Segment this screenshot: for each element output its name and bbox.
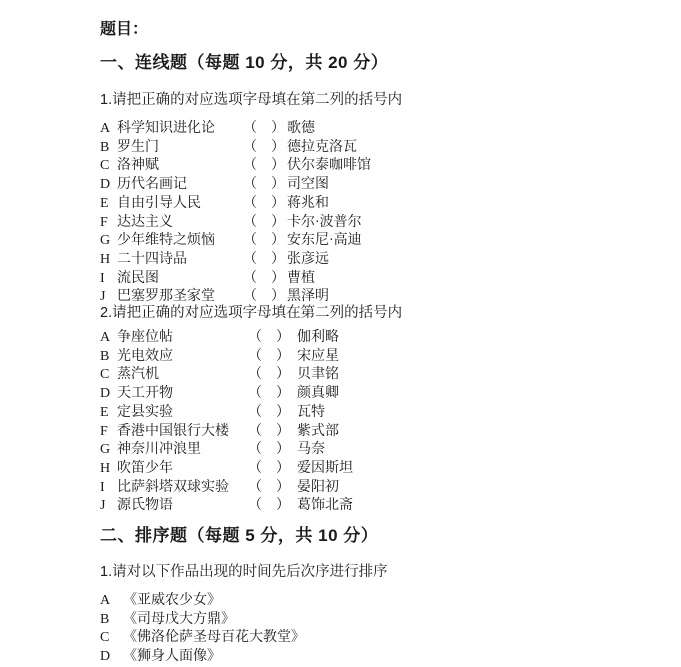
option-letter: I (100, 270, 117, 289)
match-row: D天工开物（ ）颜真卿 (100, 385, 353, 404)
match-item-label: 巴塞罗那圣家堂 (117, 289, 215, 304)
answer-name-label: 宋应星 (297, 349, 339, 364)
option-letter: B (100, 611, 123, 630)
match-item: D天工开物 (100, 385, 248, 404)
work-title-label: 《司母戊大方鼎》 (123, 612, 235, 627)
answer-name-label: 卡尔·波普尔 (287, 215, 362, 230)
answer-bracket: （ ） (243, 270, 285, 289)
match-row: E定县实验（ ）瓦特 (100, 404, 353, 423)
option-letter: D (100, 385, 117, 404)
answer-bracket: （ ） (248, 497, 290, 516)
match-item: G神奈川冲浪里 (100, 441, 248, 460)
match-row: G少年维特之烦恼（ ）安东尼·高迪 (100, 232, 371, 251)
match-item-label: 科学知识进化论 (117, 121, 215, 136)
answer-name-label: 颜真卿 (297, 386, 339, 401)
match-item-label: 比萨斜塔双球实验 (117, 480, 229, 495)
work-title-label: 《狮身人面像》 (123, 649, 221, 664)
ordering-q1-list: A《亚威农少女》 B《司母戊大方鼎》 C《佛洛伦萨圣母百花大教堂》 D《狮身人面… (100, 592, 305, 667)
answer-bracket: （ ） (248, 441, 290, 460)
answer-name-label: 马奈 (297, 442, 325, 457)
match-item: C蒸汽机 (100, 366, 248, 385)
answer-bracket: （ ） (248, 329, 290, 348)
match-item: B光电效应 (100, 348, 248, 367)
answer-bracket: （ ） (248, 479, 290, 498)
ordering-option: C《佛洛伦萨圣母百花大教堂》 (100, 629, 305, 648)
answer-bracket: （ ） (243, 195, 285, 214)
match-item-label: 神奈川冲浪里 (117, 442, 201, 457)
answer-bracket: （ ） (243, 176, 285, 195)
option-letter: E (100, 404, 117, 423)
match-row: D历代名画记（ ）司空图 (100, 176, 371, 195)
match-item-label: 蒸汽机 (117, 367, 159, 382)
match-row: E自由引导人民（ ）蒋兆和 (100, 195, 371, 214)
matching-q2-list: A争座位帖（ ）伽利略 B光电效应（ ）宋应星 C蒸汽机（ ）贝聿铭 D天工开物… (100, 329, 353, 516)
match-item: I流民图 (100, 270, 243, 289)
option-letter: I (100, 479, 117, 498)
match-item-label: 源氏物语 (117, 498, 173, 513)
match-item: F香港中国银行大楼 (100, 423, 248, 442)
match-row: F达达主义（ ）卡尔·波普尔 (100, 214, 371, 233)
answer-bracket: （ ） (243, 139, 285, 158)
answer-bracket: （ ） (248, 385, 290, 404)
match-item-label: 吹笛少年 (117, 461, 173, 476)
option-letter: C (100, 157, 117, 176)
option-letter: G (100, 441, 117, 460)
document-page: 题目： 一、连线题（每题 10 分，共 20 分） 1.请把正确的对应选项字母填… (0, 0, 681, 667)
match-row: A科学知识进化论（ ）歌德 (100, 120, 371, 139)
option-letter: A (100, 329, 117, 348)
option-letter: H (100, 460, 117, 479)
answer-bracket: （ ） (248, 366, 290, 385)
matching-q2-instruction: 2.请把正确的对应选项字母填在第二列的括号内 (100, 304, 402, 323)
option-letter: A (100, 120, 117, 139)
match-row: B罗生门（ ）德拉克洛瓦 (100, 139, 371, 158)
answer-name-label: 贝聿铭 (297, 367, 339, 382)
option-letter: F (100, 214, 117, 233)
answer-name-label: 德拉克洛瓦 (287, 140, 357, 155)
ordering-option: D《狮身人面像》 (100, 648, 305, 667)
match-item: D历代名画记 (100, 176, 243, 195)
match-item-label: 流民图 (117, 271, 159, 286)
match-item-label: 天工开物 (117, 386, 173, 401)
match-item: G少年维特之烦恼 (100, 232, 243, 251)
matching-q1-instruction: 1.请把正确的对应选项字母填在第二列的括号内 (100, 91, 402, 110)
answer-name-label: 蒋兆和 (287, 196, 329, 211)
option-letter: C (100, 629, 123, 648)
answer-name-label: 司空图 (287, 177, 329, 192)
option-letter: F (100, 423, 117, 442)
answer-bracket: （ ） (248, 348, 290, 367)
answer-name-label: 歌德 (287, 121, 315, 136)
answer-bracket: （ ） (248, 404, 290, 423)
answer-bracket: （ ） (248, 423, 290, 442)
match-row: F香港中国银行大楼（ ）紫式部 (100, 423, 353, 442)
answer-name-label: 伽利略 (297, 330, 339, 345)
match-item: E自由引导人民 (100, 195, 243, 214)
answer-name-label: 黑泽明 (287, 289, 329, 304)
match-item-label: 少年维特之烦恼 (117, 233, 215, 248)
work-title-label: 《佛洛伦萨圣母百花大教堂》 (123, 630, 305, 645)
match-item: B罗生门 (100, 139, 243, 158)
option-letter: A (100, 592, 123, 611)
option-letter: D (100, 648, 123, 667)
match-item: I比萨斜塔双球实验 (100, 479, 248, 498)
match-item: J源氏物语 (100, 497, 248, 516)
work-title-label: 《亚威农少女》 (123, 593, 221, 608)
match-item-label: 二十四诗品 (117, 252, 187, 267)
option-letter: D (100, 176, 117, 195)
match-row: B光电效应（ ）宋应星 (100, 348, 353, 367)
answer-name-label: 张彦远 (287, 252, 329, 267)
answer-bracket: （ ） (243, 232, 285, 251)
match-row: I比萨斜塔双球实验（ ）晏阳初 (100, 479, 353, 498)
option-letter: B (100, 139, 117, 158)
ordering-option: B《司母戊大方鼎》 (100, 611, 305, 630)
match-row: J源氏物语（ ）葛饰北斋 (100, 497, 353, 516)
matching-q1-list: A科学知识进化论（ ）歌德 B罗生门（ ）德拉克洛瓦 C洛神赋（ ）伏尔泰咖啡馆… (100, 120, 371, 307)
match-item: A争座位帖 (100, 329, 248, 348)
match-item: H吹笛少年 (100, 460, 248, 479)
match-item: C洛神赋 (100, 157, 243, 176)
answer-bracket: （ ） (243, 157, 285, 176)
document-title: 题目： (100, 20, 148, 40)
answer-bracket: （ ） (243, 120, 285, 139)
match-item-label: 达达主义 (117, 215, 173, 230)
answer-name-label: 晏阳初 (297, 480, 339, 495)
answer-name-label: 瓦特 (297, 405, 325, 420)
option-letter: C (100, 366, 117, 385)
match-item-label: 历代名画记 (117, 177, 187, 192)
match-item-label: 洛神赋 (117, 158, 159, 173)
option-letter: E (100, 195, 117, 214)
match-row: G神奈川冲浪里（ ）马奈 (100, 441, 353, 460)
match-item-label: 光电效应 (117, 349, 173, 364)
match-row: I流民图（ ）曹植 (100, 270, 371, 289)
option-letter: B (100, 348, 117, 367)
match-item-label: 罗生门 (117, 140, 159, 155)
match-item-label: 定县实验 (117, 405, 173, 420)
match-item: F达达主义 (100, 214, 243, 233)
answer-bracket: （ ） (243, 251, 285, 270)
answer-name-label: 曹植 (287, 271, 315, 286)
match-item-label: 自由引导人民 (117, 196, 201, 211)
match-item-label: 争座位帖 (117, 330, 173, 345)
match-item: E定县实验 (100, 404, 248, 423)
answer-name-label: 葛饰北斋 (297, 498, 353, 513)
option-letter: G (100, 232, 117, 251)
match-item: H二十四诗品 (100, 251, 243, 270)
answer-bracket: （ ） (248, 460, 290, 479)
option-letter: H (100, 251, 117, 270)
section-heading-matching: 一、连线题（每题 10 分，共 20 分） (100, 52, 388, 74)
match-row: C蒸汽机（ ）贝聿铭 (100, 366, 353, 385)
answer-name-label: 紫式部 (297, 424, 339, 439)
answer-name-label: 伏尔泰咖啡馆 (287, 158, 371, 173)
answer-bracket: （ ） (243, 214, 285, 233)
match-item: A科学知识进化论 (100, 120, 243, 139)
match-item-label: 香港中国银行大楼 (117, 424, 229, 439)
ordering-q1-instruction: 1.请对以下作品出现的时间先后次序进行排序 (100, 563, 388, 582)
section-heading-ordering: 二、排序题（每题 5 分，共 10 分） (100, 525, 378, 547)
answer-name-label: 安东尼·高迪 (287, 233, 362, 248)
match-row: H吹笛少年（ ）爱因斯坦 (100, 460, 353, 479)
match-row: C洛神赋（ ）伏尔泰咖啡馆 (100, 157, 371, 176)
match-row: A争座位帖（ ）伽利略 (100, 329, 353, 348)
match-row: H二十四诗品（ ）张彦远 (100, 251, 371, 270)
answer-name-label: 爱因斯坦 (297, 461, 353, 476)
ordering-option: A《亚威农少女》 (100, 592, 305, 611)
option-letter: J (100, 497, 117, 516)
